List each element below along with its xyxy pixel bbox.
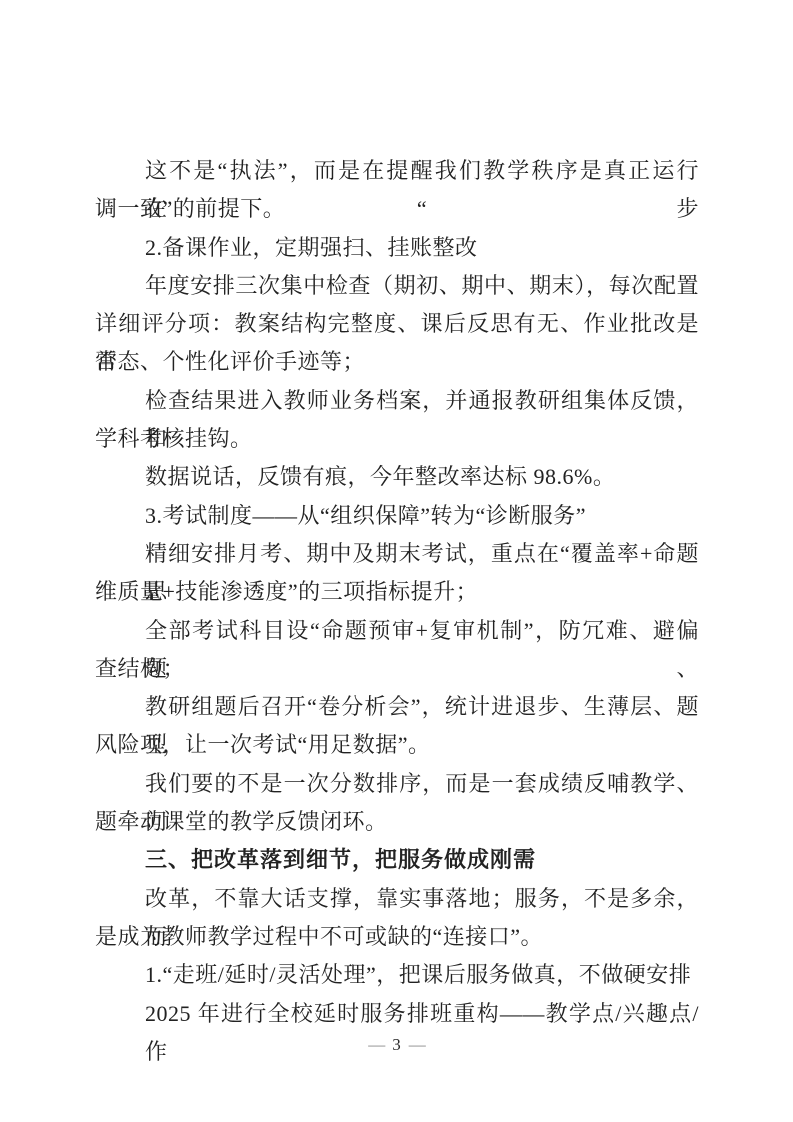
text-line: 1.“走班/延时/灵活处理”，把课后服务做真，不做硬安排 — [95, 956, 699, 994]
section-heading: 三、把改革落到细节，把服务做成刚需 — [95, 841, 699, 879]
text-line: 这不是“执法”，而是在提醒我们教学秩序是真正运行在“步 — [95, 152, 699, 190]
document-body: 这不是“执法”，而是在提醒我们教学秩序是真正运行在“步调一致”的前提下。2.备课… — [95, 152, 699, 1033]
text-line: 教研组题后召开“卷分析会”，统计进退步、生薄层、题型 — [95, 688, 699, 726]
document-page: 这不是“执法”，而是在提醒我们教学秩序是真正运行在“步调一致”的前提下。2.备课… — [0, 0, 793, 1122]
text-line: 数据说话，反馈有痕，今年整改率达标 98.6%。 — [95, 458, 699, 496]
text-line: 维质量+技能渗透度”的三项指标提升； — [95, 573, 699, 611]
text-line: 年度安排三次集中检查（期初、期中、期末），每次配置 — [95, 267, 699, 305]
text-line: 题牵动课堂的教学反馈闭环。 — [95, 803, 699, 841]
footer-left-dash: — — [368, 1035, 384, 1054]
text-line: 学科考核挂钩。 — [95, 420, 699, 458]
text-line: 3.考试制度——从“组织保障”转为“诊断服务” — [95, 497, 699, 535]
text-line: 改革，不靠大话支撑，靠实事落地；服务，不是多余，而 — [95, 880, 699, 918]
text-line: 全部考试科目设“命题预审+复审机制”，防冗难、避偏题、 — [95, 612, 699, 650]
text-line: 详细评分项：教案结构完整度、课后反思有无、作业批改是否 — [95, 305, 699, 343]
text-line: 检查结果进入教师业务档案，并通报教研组集体反馈，和 — [95, 382, 699, 420]
text-line: 2025 年进行全校延时服务排班重构——教学点/兴趣点/作 — [95, 995, 699, 1033]
page-footer: —3— — [0, 1035, 793, 1055]
text-line: 2.备课作业，定期强扫、挂账整改 — [95, 229, 699, 267]
footer-right-dash: — — [409, 1035, 425, 1054]
text-line: 是成为教师教学过程中不可或缺的“连接口”。 — [95, 918, 699, 956]
text-line: 我们要的不是一次分数排序，而是一套成绩反哺教学、问 — [95, 765, 699, 803]
page-number: 3 — [392, 1035, 401, 1054]
text-line: 风险项，让一次考试“用足数据”。 — [95, 726, 699, 764]
text-line: 常态、个性化评价手迹等； — [95, 343, 699, 381]
text-line: 精细安排月考、期中及期末考试，重点在“覆盖率+命题思 — [95, 535, 699, 573]
